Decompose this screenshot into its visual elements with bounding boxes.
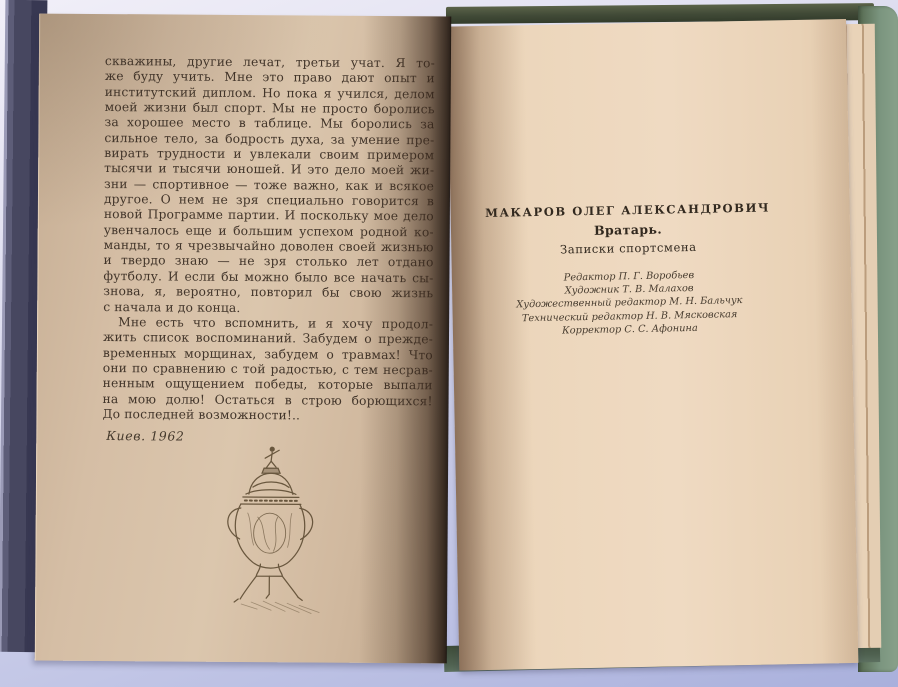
- book-title: Вратарь.: [463, 219, 793, 240]
- gutter-shadow-left: [359, 16, 452, 664]
- figurine-head: [270, 447, 275, 452]
- gutter-shadow-right: [447, 25, 537, 670]
- dateline: Киев. 1962: [106, 428, 184, 444]
- left-page: скважины, другие лечат, третьи учат. Я т…: [35, 14, 451, 664]
- credits-list: Редактор П. Г. ВоробьевХудожник Т. В. Ма…: [464, 267, 795, 339]
- book-subtitle: Записки спортсмена: [463, 238, 793, 258]
- photo-background: МАКАРОВ ОЛЕГ АЛЕКСАНДРОВИЧ Вратарь. Запи…: [0, 0, 898, 687]
- trophy-cup-illustration: [211, 441, 332, 622]
- imprint-block: МАКАРОВ ОЛЕГ АЛЕКСАНДРОВИЧ Вратарь. Запи…: [463, 200, 794, 258]
- right-page: МАКАРОВ ОЛЕГ АЛЕКСАНДРОВИЧ Вратарь. Запи…: [447, 19, 858, 671]
